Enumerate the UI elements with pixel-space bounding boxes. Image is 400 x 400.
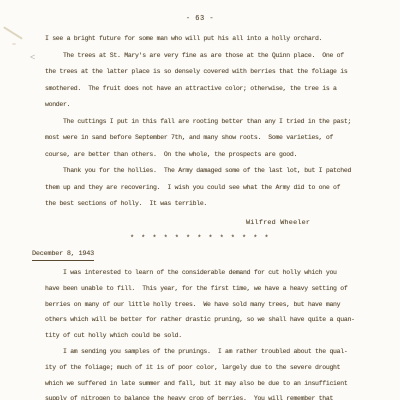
letter-line: The trees at St. Mary's are very fine as…	[45, 48, 390, 65]
letter-line: I am sending you samples of the prunings…	[45, 344, 390, 360]
letter-line: have been unable to fill. This year, for…	[45, 281, 390, 297]
letter-line: tity of cut holly which could be sold.	[45, 328, 390, 344]
letter-line: I was interested to learn of the conside…	[45, 265, 390, 281]
scan-artifact-check-mark: <	[30, 54, 35, 63]
letter-line: Thank you for the hollies. The Army dama…	[45, 163, 390, 180]
letter-body-december-8: I was interested to learn of the conside…	[45, 265, 390, 400]
signature-wilfred-wheeler: Wilfred Wheeler	[246, 218, 310, 228]
scanned-letter-page: < - 63 - I see a bright future for some …	[0, 0, 400, 400]
asterisk-separator: * * * * * * * * * * * * *	[0, 234, 400, 244]
letter-line: supply of nitrogen to balance the heavy …	[45, 391, 390, 400]
letter-line: which we suffered in late summer and fal…	[45, 376, 390, 392]
letter-line: the best sections of holly. It was terri…	[45, 196, 390, 213]
letter-line: The cuttings I put in this fall are root…	[45, 114, 390, 131]
letter-line: wonder.	[45, 97, 390, 114]
letter-line: berries on many of our little holly tree…	[45, 297, 390, 313]
page-number: - 63 -	[0, 14, 400, 24]
letter-line: ity of the foliage; much of it is of poo…	[45, 360, 390, 376]
letter-line: course, are better than others. On the w…	[45, 147, 390, 164]
letter-line: I see a bright future for some man who w…	[45, 31, 390, 48]
letter-line: smothered. The fruit does not have an at…	[45, 81, 390, 98]
letter-line: others which will be better for rather d…	[45, 312, 390, 328]
letter-line: the trees at the latter place is so dens…	[45, 64, 390, 81]
letter-body-continued: I see a bright future for some man who w…	[45, 31, 390, 213]
scan-artifact-mark	[3, 26, 23, 39]
scan-artifact-speck	[12, 43, 16, 45]
letter-line: most were in sand before September 7th, …	[45, 130, 390, 147]
letter-line: them up and they are recovering. I wish …	[45, 180, 390, 197]
letter-date-heading: December 8, 1943	[32, 249, 94, 261]
